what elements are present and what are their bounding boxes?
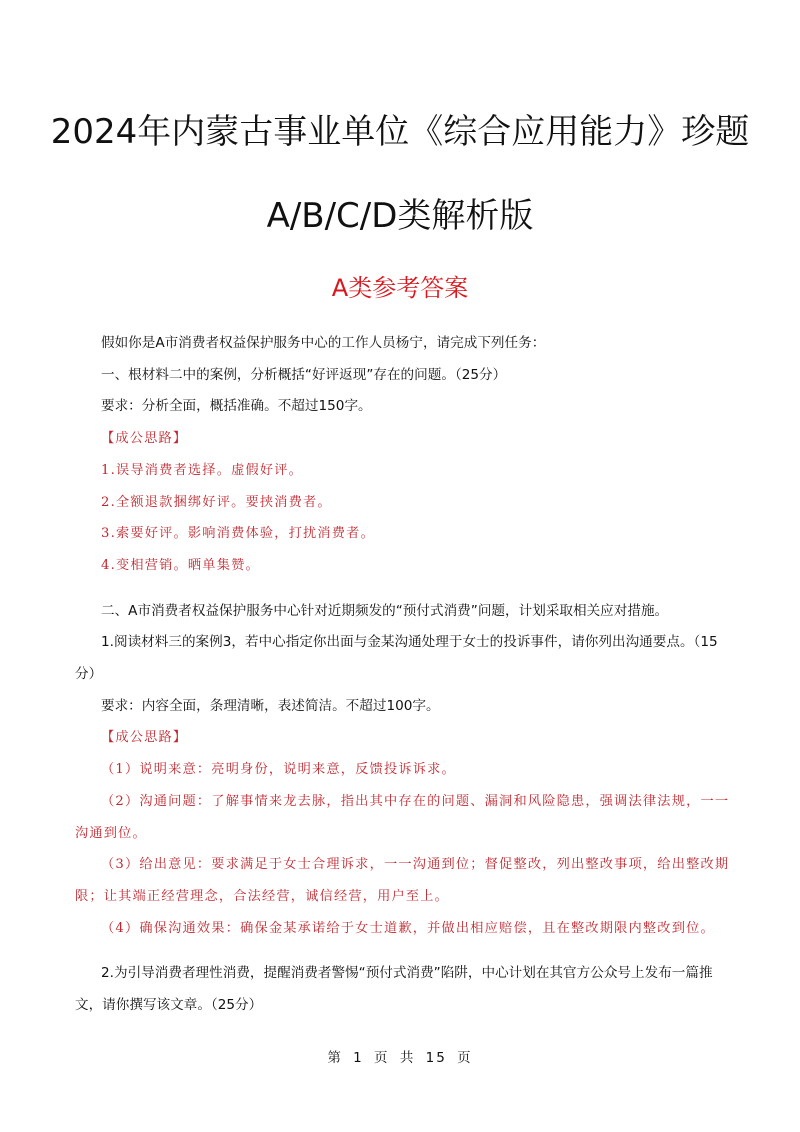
question-2-sub1-answer-item: （1）说明来意：亮明身份，说明来意，反馈投诉诉求。: [75, 754, 735, 786]
question-1-answer-item: 3.索要好评。影响消费体验，打扰消费者。: [75, 518, 735, 550]
page-number-footer: 第 1 页 共 15 页: [0, 1046, 800, 1066]
question-1-requirement: 要求：分析全面，概括准确。不超过150字。: [75, 391, 735, 423]
question-2-sub1-answer-item: （2）沟通问题：了解事情来龙去脉，指出其中存在的问题、漏洞和风险隐患，强调法律法…: [75, 786, 735, 849]
document-title-line-1: 2024年内蒙古事业单位《综合应用能力》珍题: [0, 104, 800, 153]
question-2-prompt: 二、A市消费者权益保护服务中心针对近期频发的“预付式消费”问题，计划采取相关应对…: [75, 596, 735, 628]
question-1-prompt: 一、根材料二中的案例，分析概括“好评返现”存在的问题。（25分）: [75, 360, 735, 392]
question-2-sub2-prompt: 2.为引导消费者理性消费，提醒消费者警惕“预付式消费”陷阱，中心计划在其官方公众…: [75, 958, 735, 1021]
document-title-line-2: A/B/C/D类解析版: [0, 188, 800, 237]
question-2-sub1-answer-item: （4）确保沟通效果：确保金某承诺给于女士道歉，并做出相应赔偿，且在整改期限内整改…: [75, 913, 735, 945]
question-2-sub1-answer-item: （3）给出意见：要求满足于女士合理诉求，一一沟通到位；督促整改，列出整改事项，给…: [75, 849, 735, 912]
question-1-answer-item: 4.变相营销。晒单集赞。: [75, 550, 735, 582]
question-1-answer-label: 【成公思路】: [75, 423, 735, 455]
question-1-answer-item: 2.全额退款捆绑好评。要挟消费者。: [75, 487, 735, 519]
question-2-sub1-prompt: 1.阅读材料三的案例3，若中心指定你出面与金某沟通处理于女士的投诉事件，请你列出…: [75, 627, 735, 690]
section-spacer: [75, 582, 735, 596]
question-1-answer-item: 1.误导消费者选择。虚假好评。: [75, 455, 735, 487]
section-spacer: [75, 944, 735, 958]
document-body: 假如你是A市消费者权益保护服务中心的工作人员杨宁，请完成下列任务： 一、根材料二…: [75, 328, 735, 1022]
section-heading: A类参考答案: [0, 268, 800, 303]
question-2-sub1-requirement: 要求：内容全面，条理清晰，表述简洁。不超过100字。: [75, 691, 735, 723]
question-2-sub1-answer-label: 【成公思路】: [75, 722, 735, 754]
intro-paragraph: 假如你是A市消费者权益保护服务中心的工作人员杨宁，请完成下列任务：: [75, 328, 735, 360]
document-page: 2024年内蒙古事业单位《综合应用能力》珍题 A/B/C/D类解析版 A类参考答…: [0, 0, 800, 1132]
